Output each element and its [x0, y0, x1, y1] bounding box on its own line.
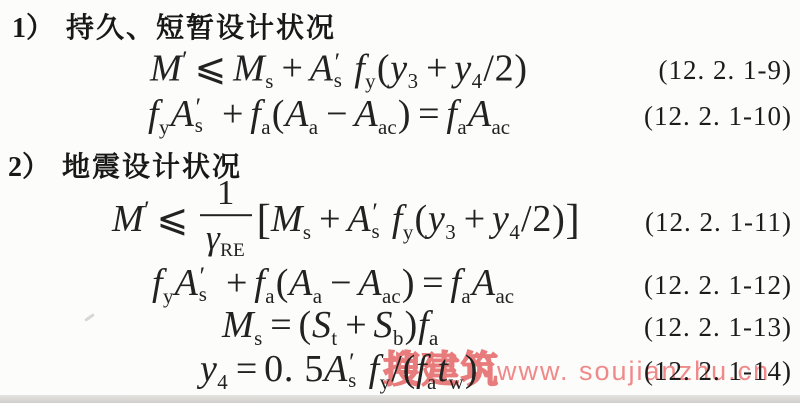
scan-edge-strip	[0, 395, 800, 403]
scanned-code-page: 1）持久、短暂设计状况 M′⩽Ms+A′sfy(y3+y4/2) (12. 2.…	[0, 0, 800, 403]
equation-formula-14: y4=0. 5A′sfy/(fatw)	[200, 350, 478, 393]
equation-number-9: (12. 2. 1-9)	[659, 55, 792, 86]
section-1-number: 1）	[12, 13, 54, 44]
equation-formula-9: M′⩽Ms+A′sfy(y3+y4/2)	[150, 48, 528, 92]
equation-number-12: (12. 2. 1-12)	[644, 270, 792, 301]
equation-formula-13: Ms=(St+Sb)fa	[222, 306, 440, 349]
equation-row-12-2-1-13: Ms=(St+Sb)fa (12. 2. 1-13)	[0, 306, 800, 348]
equation-row-12-2-1-14: y4=0. 5A′sfy/(fatw) (12. 2. 1-14)	[0, 346, 800, 396]
equation-formula-12: fyA′s+fa(Aa−Aac)=faAac	[152, 264, 515, 307]
equation-row-12-2-1-9: M′⩽Ms+A′sfy(y3+y4/2) (12. 2. 1-9)	[0, 46, 800, 94]
section-1-heading: 1）持久、短暂设计状况	[12, 6, 336, 46]
section-1-title: 持久、短暂设计状况	[66, 12, 336, 43]
equation-row-12-2-1-12: fyA′s+fa(Aa−Aac)=faAac (12. 2. 1-12)	[0, 262, 800, 308]
equation-formula-11: M′⩽1γRE[Ms+A′sfy(y3+y4/2)]	[112, 180, 580, 265]
equation-formula-10: fyA′s+fa(Aa−Aac)=faAac	[148, 95, 511, 138]
equation-row-12-2-1-11: M′⩽1γRE[Ms+A′sfy(y3+y4/2)] (12. 2. 1-11)	[0, 180, 800, 264]
equation-number-11: (12. 2. 1-11)	[645, 207, 792, 238]
section-2-number: 2）	[8, 152, 50, 183]
equation-number-10: (12. 2. 1-10)	[644, 101, 792, 132]
equation-row-12-2-1-10: fyA′s+fa(Aa−Aac)=faAac (12. 2. 1-10)	[0, 92, 800, 140]
equation-number-14: (12. 2. 1-14)	[644, 356, 792, 387]
equation-number-13: (12. 2. 1-13)	[644, 312, 792, 343]
